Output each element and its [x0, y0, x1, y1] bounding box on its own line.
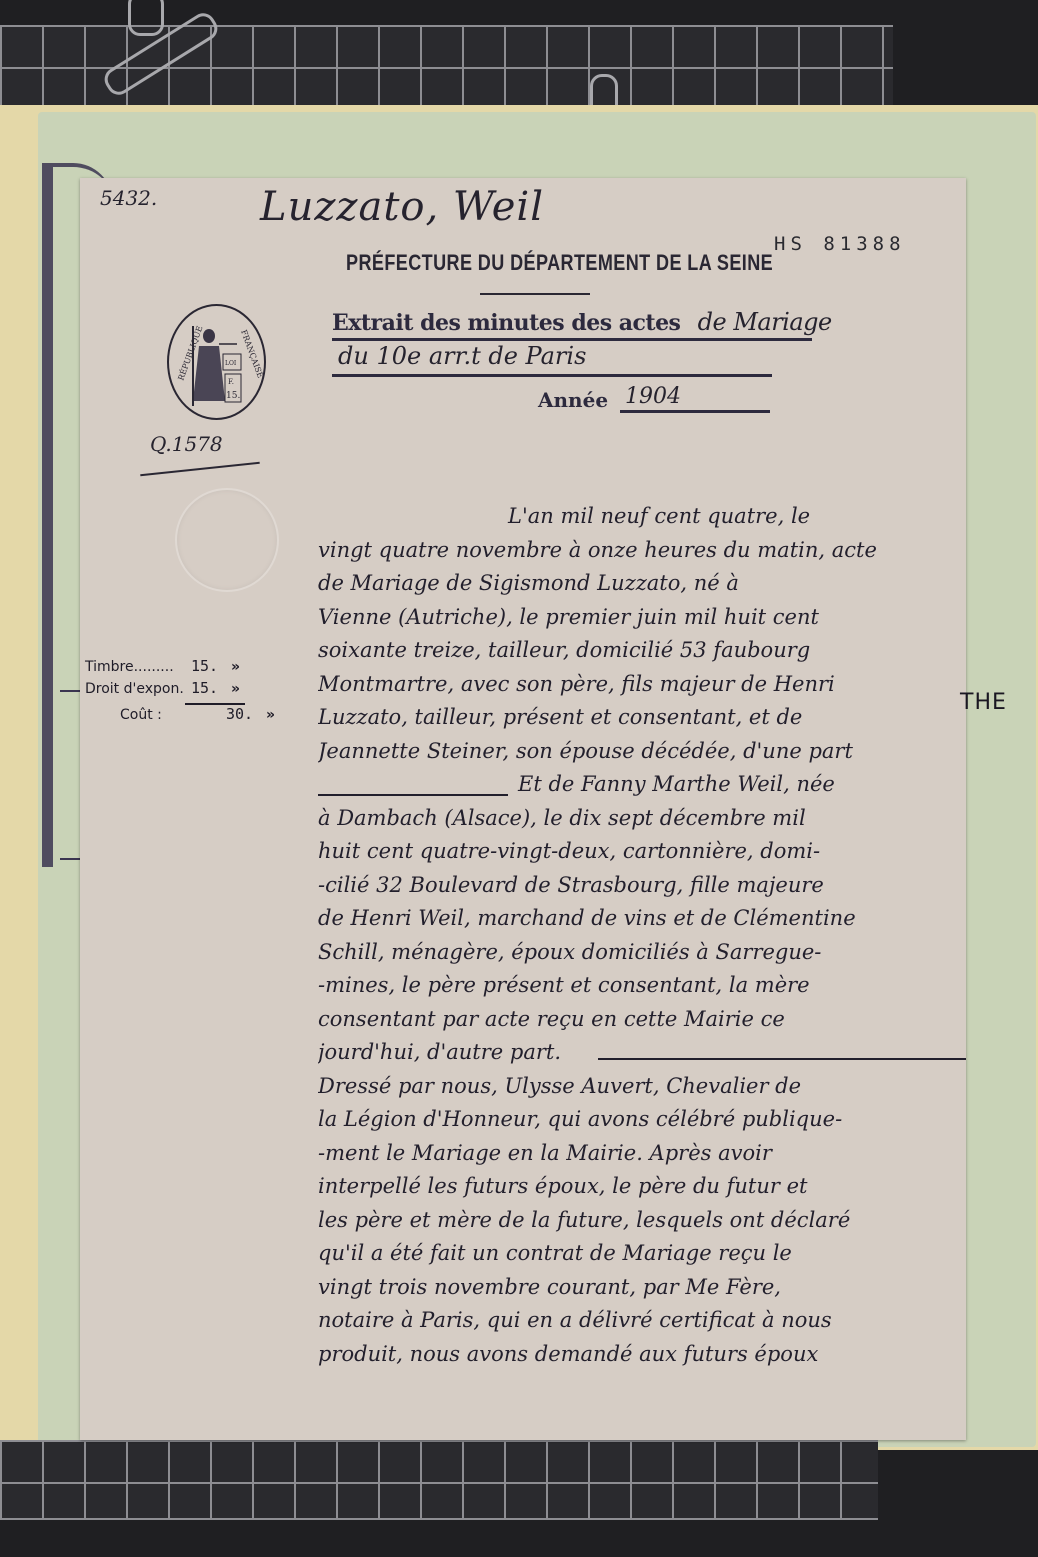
body-line: soixante treize, tailleur, domicilié 53 … — [318, 634, 966, 668]
body-line: notaire à Paris, qui en a délivré certif… — [318, 1304, 966, 1338]
body-line-text: Et de Fanny Marthe Weil, née — [518, 772, 835, 796]
fee-total-label: Coût : — [85, 707, 226, 723]
body-line: Jeannette Steiner, son épouse décédée, d… — [318, 735, 966, 769]
embossed-seal-icon — [175, 488, 279, 592]
body-line: de Mariage de Sigismond Luzzato, né à — [318, 567, 966, 601]
fee-total-rule — [185, 703, 245, 705]
fee-symbol: » — [231, 681, 251, 697]
family-names: Luzzato, Weil — [260, 184, 544, 230]
serial-stamp: HS 81388 — [774, 233, 906, 255]
seal-ring-right: FRANÇAISE — [239, 329, 264, 380]
record-body: L'an mil neuf cent quatre, le vingt quat… — [318, 500, 966, 1371]
fee-value: 15. — [191, 657, 231, 675]
paperclip-icon — [128, 0, 164, 36]
year-value: 1904 — [625, 384, 681, 409]
register-number: Q.1578 — [150, 432, 223, 456]
form-line — [620, 410, 770, 413]
body-line: à Dambach (Alsace), le dix sept décembre… — [318, 802, 966, 836]
fee-total-value: 30. — [226, 705, 266, 723]
body-line: Montmartre, avec son père, fils majeur d… — [318, 668, 966, 702]
body-line: -mines, le père présent et consentant, l… — [318, 969, 966, 1003]
fee-row-total: Coût : 30. » — [85, 705, 286, 727]
republique-francaise-seal-icon: RÉPUBLIQUE FRANÇAISE LOI F. 15. — [167, 304, 266, 420]
register-underline — [140, 462, 260, 477]
body-line: interpellé les futurs époux, le père du … — [318, 1170, 966, 1204]
body-line: Luzzato, tailleur, présent et consentant… — [318, 701, 966, 735]
extract-printed-text: Extrait des minutes des actes — [332, 310, 680, 336]
body-line: Vienne (Autriche), le premier juin mil h… — [318, 601, 966, 635]
body-line-text: jourd'hui, d'autre part. — [318, 1040, 561, 1064]
body-line: -cilié 32 Boulevard de Strasbourg, fille… — [318, 869, 966, 903]
fee-row-timbre: Timbre......... 15. » — [85, 657, 286, 679]
margin-tick — [60, 690, 80, 692]
body-line: qu'il a été fait un contrat de Mariage r… — [318, 1237, 966, 1271]
fee-row-droit: Droit d'expon. 15. » — [85, 679, 286, 701]
body-line: Et de Fanny Marthe Weil, née — [318, 768, 966, 802]
year-label: Année — [538, 388, 608, 412]
body-line: huit cent quatre-vingt-deux, cartonnière… — [318, 835, 966, 869]
body-line: consentant par acte reçu en cette Mairie… — [318, 1003, 966, 1037]
seal-tablet-text: LOI — [225, 360, 237, 367]
body-line: vingt quatre novembre à onze heures du m… — [318, 534, 966, 568]
fee-table: Timbre......... 15. » Droit d'expon. 15.… — [85, 657, 286, 727]
form-line — [332, 374, 772, 377]
body-line: L'an mil neuf cent quatre, le — [318, 500, 966, 534]
arrondissement: du 10e arr.t de Paris — [338, 342, 586, 370]
body-line: vingt trois novembre courant, par Me Fèr… — [318, 1271, 966, 1305]
body-line: Schill, ménagère, époux domiciliés à Sar… — [318, 936, 966, 970]
extract-type: de Mariage — [698, 308, 832, 336]
margin-annotation: THE — [960, 690, 1007, 715]
body-line: les père et mère de la future, lesquels … — [318, 1204, 966, 1238]
body-line: la Légion d'Honneur, qui avons célébré p… — [318, 1103, 966, 1137]
title-divider — [480, 293, 590, 295]
line-filler — [598, 1058, 966, 1060]
reference-number: 5432. — [100, 186, 157, 210]
fee-total-symbol: » — [266, 707, 286, 723]
body-line: jourd'hui, d'autre part. — [318, 1036, 966, 1070]
cutting-mat-bottom — [0, 1440, 878, 1520]
fee-value: 15. — [191, 679, 231, 697]
seal-value: 15. — [226, 391, 240, 401]
fee-symbol: » — [231, 659, 251, 675]
body-line: Dressé par nous, Ulysse Auvert, Chevalie… — [318, 1070, 966, 1104]
prefecture-title: PRÉFECTURE DU DÉPARTEMENT DE LA SEINE — [346, 250, 773, 276]
margin-tick — [60, 858, 80, 860]
fee-label: Timbre......... — [85, 659, 191, 675]
seal-letter: F. — [228, 378, 234, 386]
form-line — [332, 338, 812, 341]
fee-label: Droit d'expon. — [85, 681, 191, 697]
body-line: produit, nous avons demandé aux futurs é… — [318, 1338, 966, 1372]
extract-heading: Extrait des minutes des actes de Mariage — [332, 308, 832, 336]
line-filler — [318, 794, 508, 796]
body-line: -ment le Mariage en la Mairie. Après avo… — [318, 1137, 966, 1171]
body-line: de Henri Weil, marchand de vins et de Cl… — [318, 902, 966, 936]
